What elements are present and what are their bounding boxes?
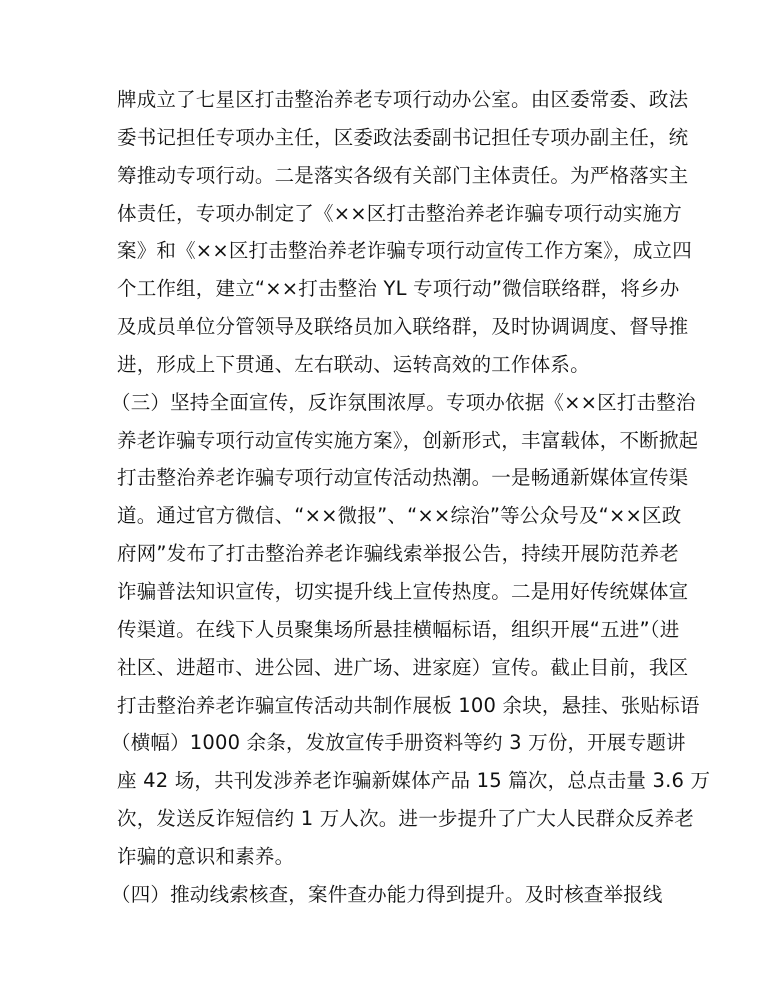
text-line: 打击整治养老诈骗宣传活动共制作展板 100 余块，悬挂、张贴标语 (117, 692, 645, 730)
text-line: 诈骗普法知识宣传，切实提升线上宣传热度。二是用好传统媒体宣 (117, 578, 645, 616)
text-line: 打击整治养老诈骗专项行动宣传活动热潮。一是畅通新媒体宣传渠 (117, 464, 645, 502)
text-line: 次，发送反诈短信约 1 万人次。进一步提升了广大人民群众反养老 (117, 805, 645, 843)
text-line: 个工作组，建立“××打击整治 YL 专项行动”微信联络群，将乡办 (117, 275, 645, 313)
text-line: 筹推动专项行动。二是落实各级有关部门主体责任。为严格落实主 (117, 162, 645, 200)
section-heading-line: （四）推动线索核查，案件查办能力得到提升。及时核查举报线 (111, 881, 645, 919)
text-line: 体责任，专项办制定了《××区打击整治养老诈骗专项行动实施方 (117, 200, 645, 238)
text-line: 案》和《××区打击整治养老诈骗专项行动宣传工作方案》，成立四 (117, 237, 645, 275)
text-line: （横幅）1000 余条，发放宣传手册资料等约 3 万份，开展专题讲 (111, 729, 645, 767)
text-line: 道。通过官方微信、“××微报”、“××综治”等公众号及“××区政 (117, 502, 645, 540)
section-heading-line: （三）坚持全面宣传，反诈氛围浓厚。专项办依据《××区打击整治 (111, 389, 645, 427)
text-line: 养老诈骗专项行动宣传实施方案》，创新形式，丰富载体，不断掀起 (117, 427, 645, 465)
text-line: 传渠道。在线下人员聚集场所悬挂横幅标语，组织开展“五进”（进 (117, 616, 645, 654)
text-line: 府网”发布了打击整治养老诈骗线索举报公告，持续开展防范养老 (117, 540, 645, 578)
text-line: 社区、进超市、进公园、进广场、进家庭）宣传。截止目前，我区 (117, 654, 645, 692)
text-line: 座 42 场，共刊发涉养老诈骗新媒体产品 15 篇次，总点击量 3.6 万 (117, 767, 645, 805)
text-line: 牌成立了七星区打击整治养老专项行动办公室。由区委常委、政法 (117, 86, 645, 124)
text-line: 及成员单位分管领导及联络员加入联络群，及时协调调度、督导推 (117, 313, 645, 351)
text-line: 进，形成上下贯通、左右联动、运转高效的工作体系。 (117, 351, 645, 389)
text-line: 委书记担任专项办主任，区委政法委副书记担任专项办副主任，统 (117, 124, 645, 162)
text-line: 诈骗的意识和素养。 (117, 843, 645, 881)
document-page: 牌成立了七星区打击整治养老专项行动办公室。由区委常委、政法 委书记担任专项办主任… (0, 0, 770, 1000)
body-text: 牌成立了七星区打击整治养老专项行动办公室。由区委常委、政法 委书记担任专项办主任… (117, 86, 645, 919)
